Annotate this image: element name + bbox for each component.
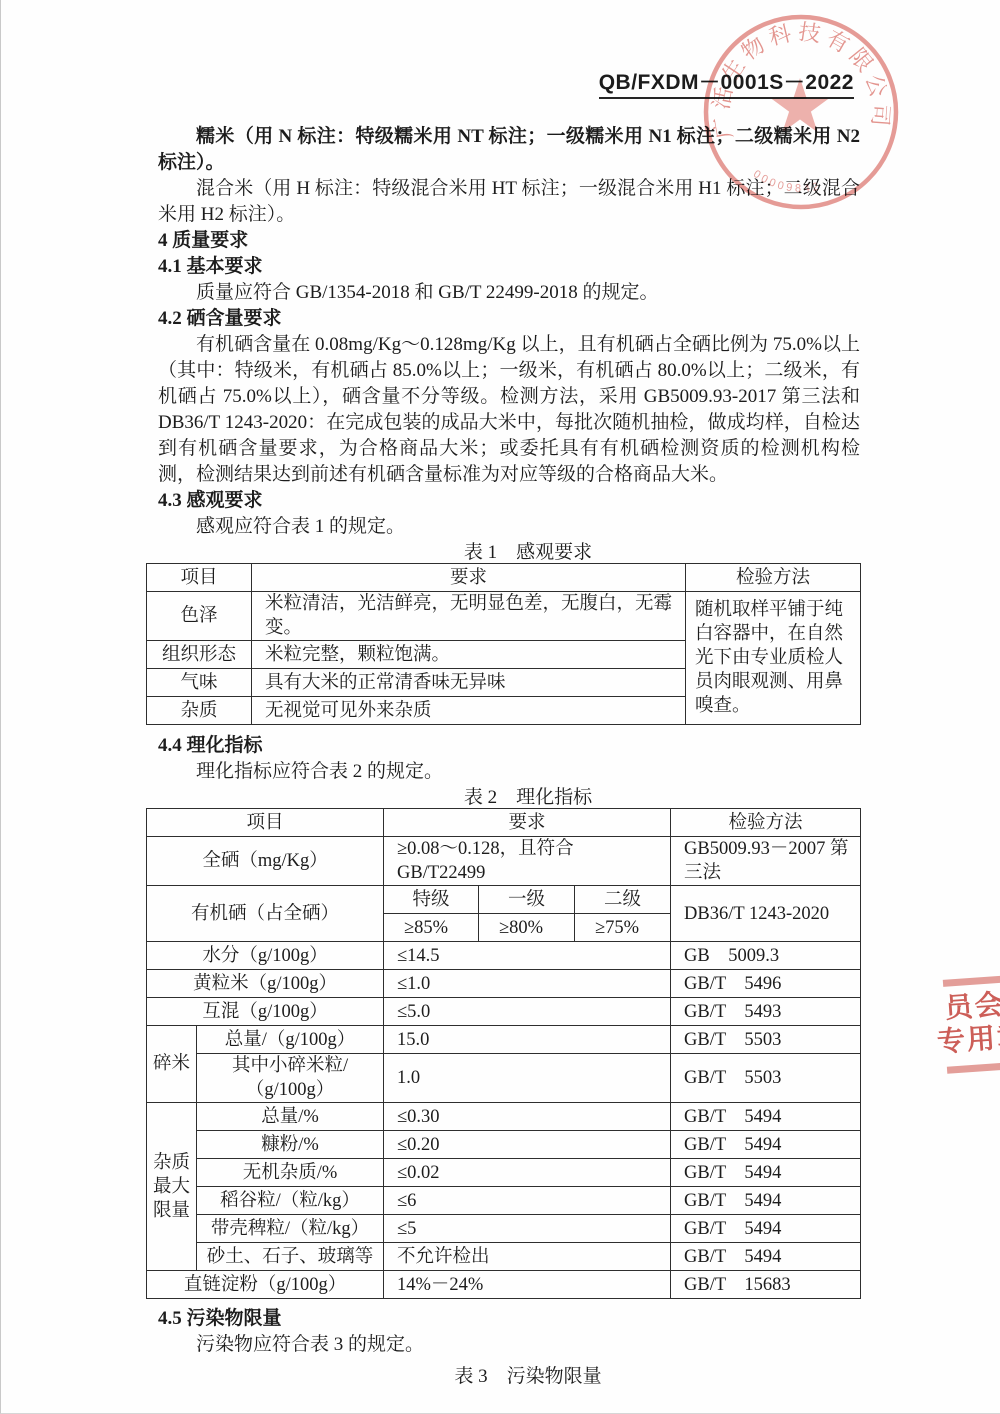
table2-item-organic-selenium: 有机硒（占全硒）	[147, 886, 384, 942]
table1-req: 米粒完整，颗粒饱满。	[252, 641, 686, 669]
table-row: 色泽 米粒清洁，光洁鲜亮，无明显色差，无腹白，无霉变。 随机取样平铺于纯白容器中…	[147, 592, 861, 641]
table-row: 糠粉/% ≤0.20 GB/T 5494	[147, 1131, 861, 1159]
table2-item-bran-powder: 糠粉/%	[197, 1131, 384, 1159]
intro-paragraph-glutinous: 糯米（用 N 标注：特级糯米用 NT 标注；一级糯米用 N1 标注；二级糯米用 …	[158, 124, 860, 176]
table-row: 黄粒米（g/100g） ≤1.0 GB/T 5496	[147, 970, 861, 998]
table1-caption: 表 1 感观要求	[158, 540, 860, 563]
table2-grade-special: 特级	[384, 886, 479, 914]
table-row: 带壳稗粒/（粒/kg） ≤5 GB/T 5494	[147, 1215, 861, 1243]
table2-caption: 表 2 理化指标	[158, 785, 860, 808]
table2-item-paddy-grains: 稻谷粒/（粒/kg）	[197, 1187, 384, 1215]
table-row: 稻谷粒/（粒/kg） ≤6 GB/T 5494	[147, 1187, 861, 1215]
table2-header-item: 项目	[147, 809, 384, 837]
section-4-5-body: 污染物应符合表 3 的规定。	[158, 1332, 860, 1358]
table2-item-yellow-kernels: 黄粒米（g/100g）	[147, 970, 384, 998]
edge-seal-border	[947, 1060, 1000, 1073]
table2-req-sand-stone-glass: 不允许检出	[384, 1243, 671, 1271]
table2-req-paddy-grains: ≤6	[384, 1187, 671, 1215]
table2-item-small-broken: 其中小碎米粒/（g/100g）	[197, 1054, 384, 1103]
table2-req-amylose: 14%－24%	[384, 1271, 671, 1299]
table2-method-inorganic: GB/T 5494	[671, 1159, 861, 1187]
doc-number: QB/FXDM－0001S－2022	[599, 66, 854, 99]
edge-seal-text-line1: 员会	[944, 985, 1000, 1024]
table2-item-moisture: 水分（g/100g）	[147, 942, 384, 970]
section-4-4-body: 理化指标应符合表 2 的规定。	[158, 759, 860, 785]
table1-item: 色泽	[147, 592, 252, 641]
section-4-heading: 4 质量要求	[158, 228, 860, 254]
table2-header-req: 要求	[384, 809, 671, 837]
table2-method-organic-selenium: DB36/T 1243-2020	[671, 886, 861, 942]
table2-req-total-selenium: ≥0.08～0.128，且符合 GB/T22499	[384, 837, 671, 886]
table1-method-merged: 随机取样平铺于纯白容器中，在自然光下由专业质检人员肉眼观测、用鼻嗅查。	[686, 592, 861, 725]
table2-item-amylose: 直链淀粉（g/100g）	[147, 1271, 384, 1299]
table1-header-item: 项目	[147, 564, 252, 592]
table-row: 项目 要求 检验方法	[147, 564, 861, 592]
table2-req-mixing: ≤5.0	[384, 998, 671, 1026]
section-4-4-heading: 4.4 理化指标	[158, 733, 860, 759]
section-4-3-heading: 4.3 感观要求	[158, 488, 860, 514]
table1-item: 杂质	[147, 697, 252, 725]
section-4-5-heading: 4.5 污染物限量	[158, 1306, 860, 1332]
table2-req-small-broken: 1.0	[384, 1054, 671, 1103]
table2-grade-second: 二级	[575, 886, 671, 914]
table-row: 项目 要求 检验方法	[147, 809, 861, 837]
table-row: 全硒（mg/Kg） ≥0.08～0.128，且符合 GB/T22499 GB50…	[147, 837, 861, 886]
table-sensory-requirements: 项目 要求 检验方法 色泽 米粒清洁，光洁鲜亮，无明显色差，无腹白，无霉变。 随…	[146, 563, 861, 725]
table3-caption: 表 3 污染物限量	[158, 1364, 860, 1387]
table-physicochemical-indicators: 项目 要求 检验方法 全硒（mg/Kg） ≥0.08～0.128，且符合 GB/…	[146, 808, 861, 1299]
table2-method-impurity-total: GB/T 5494	[671, 1103, 861, 1131]
table2-req-impurity-total: ≤0.30	[384, 1103, 671, 1131]
table2-req-moisture: ≤14.5	[384, 942, 671, 970]
table2-group-broken-rice: 碎米	[147, 1026, 197, 1103]
table1-req: 具有大米的正常清香味无异味	[252, 669, 686, 697]
table2-method-bran-powder: GB/T 5494	[671, 1131, 861, 1159]
table-row: 其中小碎米粒/（g/100g） 1.0 GB/T 5503	[147, 1054, 861, 1103]
table-row: 碎米 总量/（g/100g） 15.0 GB/T 5503	[147, 1026, 861, 1054]
table-row: 有机硒（占全硒） 特级 一级 二级 DB36/T 1243-2020	[147, 886, 861, 914]
table1-item: 组织形态	[147, 641, 252, 669]
table2-group-impurity: 杂质最大限量	[147, 1103, 197, 1271]
table2-method-yellow-kernels: GB/T 5496	[671, 970, 861, 998]
intro-paragraph-mixed: 混合米（用 H 标注：特级混合米用 HT 标注；一级混合米用 H1 标注；二级混…	[158, 176, 860, 228]
table2-method-amylose: GB/T 15683	[671, 1271, 861, 1299]
section-4-3-body: 感观应符合表 1 的规定。	[158, 514, 860, 540]
table2-method-mixing: GB/T 5493	[671, 998, 861, 1026]
table-row: 杂质最大限量 总量/% ≤0.30 GB/T 5494	[147, 1103, 861, 1131]
table-row: 砂土、石子、玻璃等 不允许检出 GB/T 5494	[147, 1243, 861, 1271]
table2-method-small-broken: GB/T 5503	[671, 1054, 861, 1103]
document-content: 糯米（用 N 标注：特级糯米用 NT 标注；一级糯米用 N1 标注；二级糯米用 …	[158, 124, 860, 1387]
table1-req: 无视觉可见外来杂质	[252, 697, 686, 725]
section-4-2-heading: 4.2 硒含量要求	[158, 306, 860, 332]
table2-method-broken-total: GB/T 5503	[671, 1026, 861, 1054]
table2-value-first: ≥80%	[479, 914, 575, 942]
table2-item-mixing: 互混（g/100g）	[147, 998, 384, 1026]
table2-req-inorganic: ≤0.02	[384, 1159, 671, 1187]
table2-value-special: ≥85%	[384, 914, 479, 942]
table2-item-impurity-total: 总量/%	[197, 1103, 384, 1131]
document-page: QB/FXDM－0001S－2022 糯米（用 N 标注：特级糯米用 NT 标注…	[0, 0, 1000, 1414]
table2-req-broken-total: 15.0	[384, 1026, 671, 1054]
table2-header-method: 检验方法	[671, 809, 861, 837]
edge-seal-stamp: 员会 专用章	[941, 972, 1000, 1104]
table1-header-req: 要求	[252, 564, 686, 592]
table2-value-second: ≥75%	[575, 914, 671, 942]
table2-req-yellow-kernels: ≤1.0	[384, 970, 671, 998]
table2-item-broken-total: 总量/（g/100g）	[197, 1026, 384, 1054]
table2-req-bran-powder: ≤0.20	[384, 1131, 671, 1159]
table2-item-sand-stone-glass: 砂土、石子、玻璃等	[197, 1243, 384, 1271]
table2-method-sand-stone-glass: GB/T 5494	[671, 1243, 861, 1271]
table-row: 无机杂质/% ≤0.02 GB/T 5494	[147, 1159, 861, 1187]
table2-method-husked-weed: GB/T 5494	[671, 1215, 861, 1243]
section-4-1-heading: 4.1 基本要求	[158, 254, 860, 280]
table2-req-husked-weed: ≤5	[384, 1215, 671, 1243]
table2-item-husked-weed: 带壳稗粒/（粒/kg）	[197, 1215, 384, 1243]
section-4-2-body: 有机硒含量在 0.08mg/Kg～0.128mg/Kg 以上，且有机硒占全硒比例…	[158, 332, 860, 488]
table2-item-inorganic: 无机杂质/%	[197, 1159, 384, 1187]
section-4-1-body: 质量应符合 GB/1354-2018 和 GB/T 22499-2018 的规定…	[158, 280, 860, 306]
table1-item: 气味	[147, 669, 252, 697]
table-row: 水分（g/100g） ≤14.5 GB 5009.3	[147, 942, 861, 970]
edge-seal-text-line2: 专用章	[936, 1017, 1000, 1059]
edge-seal-border	[943, 973, 1000, 987]
table1-req: 米粒清洁，光洁鲜亮，无明显色差，无腹白，无霉变。	[252, 592, 686, 641]
table2-method-moisture: GB 5009.3	[671, 942, 861, 970]
table1-header-method: 检验方法	[686, 564, 861, 592]
table2-method-total-selenium: GB5009.93－2007 第三法	[671, 837, 861, 886]
table2-method-paddy-grains: GB/T 5494	[671, 1187, 861, 1215]
table2-grade-first: 一级	[479, 886, 575, 914]
table-row: 直链淀粉（g/100g） 14%－24% GB/T 15683	[147, 1271, 861, 1299]
table-row: 互混（g/100g） ≤5.0 GB/T 5493	[147, 998, 861, 1026]
table2-item-total-selenium: 全硒（mg/Kg）	[147, 837, 384, 886]
